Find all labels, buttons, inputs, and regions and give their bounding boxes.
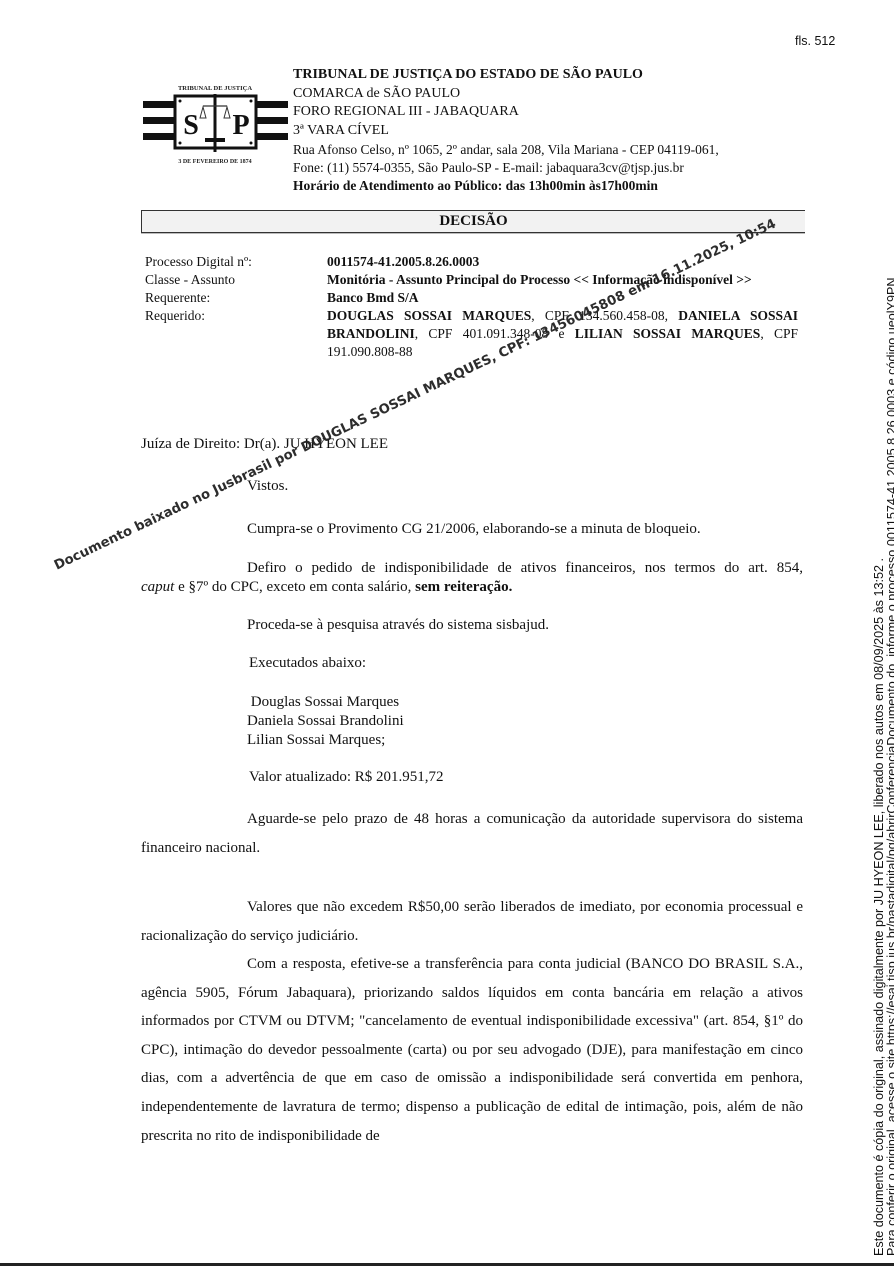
case-metadata: Processo Digital nº: 0011574-41.2005.8.2… (145, 253, 798, 361)
valor-atualizado: Valor atualizado: R$ 201.951,72 (141, 769, 444, 786)
meta-row-requerente: Requerente: Banco Bmd S/A (145, 289, 798, 307)
office-hours: Horário de Atendimento ao Público: das 1… (293, 177, 719, 195)
meta-row-classe: Classe - Assunto Monitória - Assunto Pri… (145, 271, 798, 289)
executados-list: Douglas Sossai Marques Daniela Sossai Br… (141, 693, 404, 750)
process-number: 0011574-41.2005.8.26.0003 (327, 254, 479, 269)
executado-item: Lilian Sossai Marques; (247, 731, 404, 750)
paragraph-provimento: Cumpra-se o Provimento CG 21/2006, elabo… (141, 521, 701, 538)
logo-top-text: TRIBUNAL DE JUSTIÇA (178, 85, 252, 92)
case-class: Monitória - Assunto Principal do Process… (327, 272, 752, 287)
meta-row-requerido: Requerido: DOUGLAS SOSSAI MARQUES, CPF 1… (145, 307, 798, 361)
court-address: Rua Afonso Celso, nº 1065, 2º andar, sal… (293, 141, 719, 159)
executados-label: Executados abaixo: (141, 655, 366, 672)
paragraph-sisbajud: Proceda-se à pesquisa através do sistema… (141, 617, 549, 634)
plaintiff: Banco Bmd S/A (327, 290, 419, 305)
logo-letter-p: P (232, 110, 249, 141)
court-name: TRIBUNAL DE JUSTIÇA DO ESTADO DE SÃO PAU… (293, 66, 719, 85)
executado-item: Daniela Sossai Brandolini (247, 712, 404, 731)
executado-item: Douglas Sossai Marques (247, 693, 404, 712)
judge-name: Juíza de Direito: Dr(a). JU HYEON LEE (141, 436, 388, 453)
document-title: DECISÃO (141, 210, 805, 233)
authenticity-note: Este documento é cópia do original, assi… (873, 274, 894, 1256)
authenticity-line-2: Para conferir o original, acesse o site … (886, 274, 894, 1256)
comarca: COMARCA de SÃO PAULO (293, 85, 719, 104)
paragraph-valores: Valores que não excedem R$50,00 serão li… (141, 893, 803, 950)
court-header: TRIBUNAL DE JUSTIÇA DO ESTADO DE SÃO PAU… (293, 66, 719, 195)
foro: FORO REGIONAL III - JABAQUARA (293, 103, 719, 122)
page-number: fls. 512 (795, 34, 835, 48)
paragraph-aguarde: Aguarde-se pelo prazo de 48 horas a comu… (141, 805, 803, 862)
logo-bottom-text: 3 DE FEVEREIRO DE 1874 (178, 159, 251, 165)
vara: 3ª VARA CÍVEL (293, 122, 719, 141)
paragraph-resposta: Com a resposta, efetive-se a transferênc… (141, 950, 803, 1150)
court-contact: Fone: (11) 5574-0355, São Paulo-SP - E-m… (293, 159, 719, 177)
court-seal-logo: TRIBUNAL DE JUSTIÇA S P 3 DE FEVEREIRO D… (143, 60, 288, 165)
paragraph-defiro: Defiro o pedido de indisponibilidade de … (141, 559, 803, 597)
logo-letter-s: S (183, 110, 199, 141)
